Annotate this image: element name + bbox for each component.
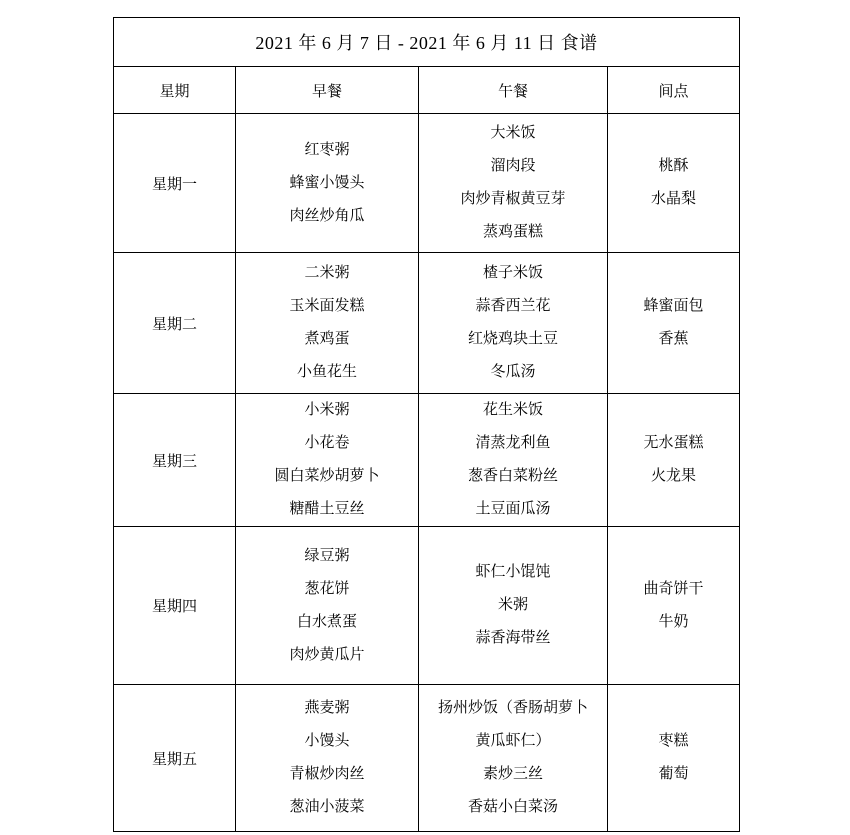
menu-item: 小鱼花生 — [236, 356, 418, 389]
menu-item: 溜肉段 — [419, 150, 607, 183]
snack-cell-tuesday: 蜂蜜面包香蕉 — [608, 253, 740, 394]
menu-item: 青椒炒肉丝 — [236, 758, 418, 791]
day-cell-monday: 星期一 — [114, 114, 236, 253]
menu-item: 香蕉 — [608, 323, 739, 356]
menu-item: 火龙果 — [608, 460, 739, 493]
weekly-menu-table: 2021 年 6 月 7 日 - 2021 年 6 月 11 日 食谱 星期 早… — [113, 17, 740, 832]
snack-cell-monday: 桃酥水晶梨 — [608, 114, 740, 253]
menu-item: 燕麦粥 — [236, 692, 418, 725]
breakfast-cell-thursday: 绿豆粥葱花饼白水煮蛋肉炒黄瓜片 — [236, 527, 419, 685]
column-header-day: 星期 — [114, 67, 236, 114]
snack-cell-friday: 枣糕葡萄 — [608, 685, 740, 832]
menu-item: 肉丝炒角瓜 — [236, 200, 418, 233]
table-row-tuesday: 星期二 二米粥玉米面发糕煮鸡蛋小鱼花生 楂子米饭蒜香西兰花红烧鸡块土豆冬瓜汤 蜂… — [114, 253, 740, 394]
menu-item: 红烧鸡块土豆 — [419, 323, 607, 356]
menu-item: 葡萄 — [608, 758, 739, 791]
lunch-cell-monday: 大米饭溜肉段肉炒青椒黄豆芽蒸鸡蛋糕 — [419, 114, 608, 253]
menu-item: 圆白菜炒胡萝卜 — [236, 460, 418, 493]
document-page: 2021 年 6 月 7 日 - 2021 年 6 月 11 日 食谱 星期 早… — [0, 0, 850, 835]
table-row-wednesday: 星期三 小米粥小花卷圆白菜炒胡萝卜糖醋土豆丝 花生米饭清蒸龙利鱼葱香白菜粉丝土豆… — [114, 394, 740, 527]
menu-item: 肉炒青椒黄豆芽 — [419, 183, 607, 216]
menu-item: 楂子米饭 — [419, 257, 607, 290]
column-header-breakfast: 早餐 — [236, 67, 419, 114]
snack-cell-wednesday: 无水蛋糕火龙果 — [608, 394, 740, 527]
menu-item: 水晶梨 — [608, 183, 739, 216]
day-cell-wednesday: 星期三 — [114, 394, 236, 527]
menu-item: 葱油小菠菜 — [236, 791, 418, 824]
menu-item: 绿豆粥 — [236, 540, 418, 573]
table-row-friday: 星期五 燕麦粥小馒头青椒炒肉丝葱油小菠菜 扬州炒饭（香肠胡萝卜黄瓜虾仁）素炒三丝… — [114, 685, 740, 832]
menu-item: 蒸鸡蛋糕 — [419, 216, 607, 249]
menu-item: 花生米饭 — [419, 394, 607, 427]
table-row-monday: 星期一 红枣粥蜂蜜小馒头肉丝炒角瓜 大米饭溜肉段肉炒青椒黄豆芽蒸鸡蛋糕 桃酥水晶… — [114, 114, 740, 253]
menu-item: 糖醋土豆丝 — [236, 493, 418, 526]
breakfast-cell-monday: 红枣粥蜂蜜小馒头肉丝炒角瓜 — [236, 114, 419, 253]
menu-item: 香菇小白菜汤 — [419, 791, 607, 824]
menu-item: 桃酥 — [608, 150, 739, 183]
lunch-cell-friday: 扬州炒饭（香肠胡萝卜黄瓜虾仁）素炒三丝香菇小白菜汤 — [419, 685, 608, 832]
menu-item: 蜂蜜小馒头 — [236, 167, 418, 200]
menu-item: 蜂蜜面包 — [608, 290, 739, 323]
menu-item: 小馒头 — [236, 725, 418, 758]
menu-item: 清蒸龙利鱼 — [419, 427, 607, 460]
title-row: 2021 年 6 月 7 日 - 2021 年 6 月 11 日 食谱 — [114, 18, 740, 67]
day-cell-thursday: 星期四 — [114, 527, 236, 685]
lunch-cell-tuesday: 楂子米饭蒜香西兰花红烧鸡块土豆冬瓜汤 — [419, 253, 608, 394]
header-row: 星期 早餐 午餐 间点 — [114, 67, 740, 114]
menu-item: 红枣粥 — [236, 134, 418, 167]
breakfast-cell-friday: 燕麦粥小馒头青椒炒肉丝葱油小菠菜 — [236, 685, 419, 832]
menu-item: 二米粥 — [236, 257, 418, 290]
table-title: 2021 年 6 月 7 日 - 2021 年 6 月 11 日 食谱 — [114, 18, 740, 67]
menu-item: 扬州炒饭（香肠胡萝卜 — [419, 692, 607, 725]
menu-item: 黄瓜虾仁） — [419, 725, 607, 758]
menu-item: 无水蛋糕 — [608, 427, 739, 460]
lunch-cell-thursday: 虾仁小馄饨米粥蒜香海带丝 — [419, 527, 608, 685]
menu-item: 枣糕 — [608, 725, 739, 758]
menu-item: 葱花饼 — [236, 573, 418, 606]
breakfast-cell-wednesday: 小米粥小花卷圆白菜炒胡萝卜糖醋土豆丝 — [236, 394, 419, 527]
table-row-thursday: 星期四 绿豆粥葱花饼白水煮蛋肉炒黄瓜片 虾仁小馄饨米粥蒜香海带丝 曲奇饼干牛奶 — [114, 527, 740, 685]
menu-item: 土豆面瓜汤 — [419, 493, 607, 526]
column-header-snack: 间点 — [608, 67, 740, 114]
breakfast-cell-tuesday: 二米粥玉米面发糕煮鸡蛋小鱼花生 — [236, 253, 419, 394]
menu-item: 冬瓜汤 — [419, 356, 607, 389]
menu-item: 牛奶 — [608, 606, 739, 639]
menu-item: 葱香白菜粉丝 — [419, 460, 607, 493]
menu-item: 煮鸡蛋 — [236, 323, 418, 356]
lunch-cell-wednesday: 花生米饭清蒸龙利鱼葱香白菜粉丝土豆面瓜汤 — [419, 394, 608, 527]
menu-item: 肉炒黄瓜片 — [236, 639, 418, 672]
day-cell-tuesday: 星期二 — [114, 253, 236, 394]
menu-item: 大米饭 — [419, 117, 607, 150]
snack-cell-thursday: 曲奇饼干牛奶 — [608, 527, 740, 685]
menu-item: 虾仁小馄饨 — [419, 556, 607, 589]
menu-item: 曲奇饼干 — [608, 573, 739, 606]
menu-item: 小花卷 — [236, 427, 418, 460]
column-header-lunch: 午餐 — [419, 67, 608, 114]
menu-item: 白水煮蛋 — [236, 606, 418, 639]
menu-item: 米粥 — [419, 589, 607, 622]
menu-item: 蒜香海带丝 — [419, 622, 607, 655]
menu-item: 蒜香西兰花 — [419, 290, 607, 323]
menu-item: 小米粥 — [236, 394, 418, 427]
menu-item: 玉米面发糕 — [236, 290, 418, 323]
day-cell-friday: 星期五 — [114, 685, 236, 832]
menu-item: 素炒三丝 — [419, 758, 607, 791]
